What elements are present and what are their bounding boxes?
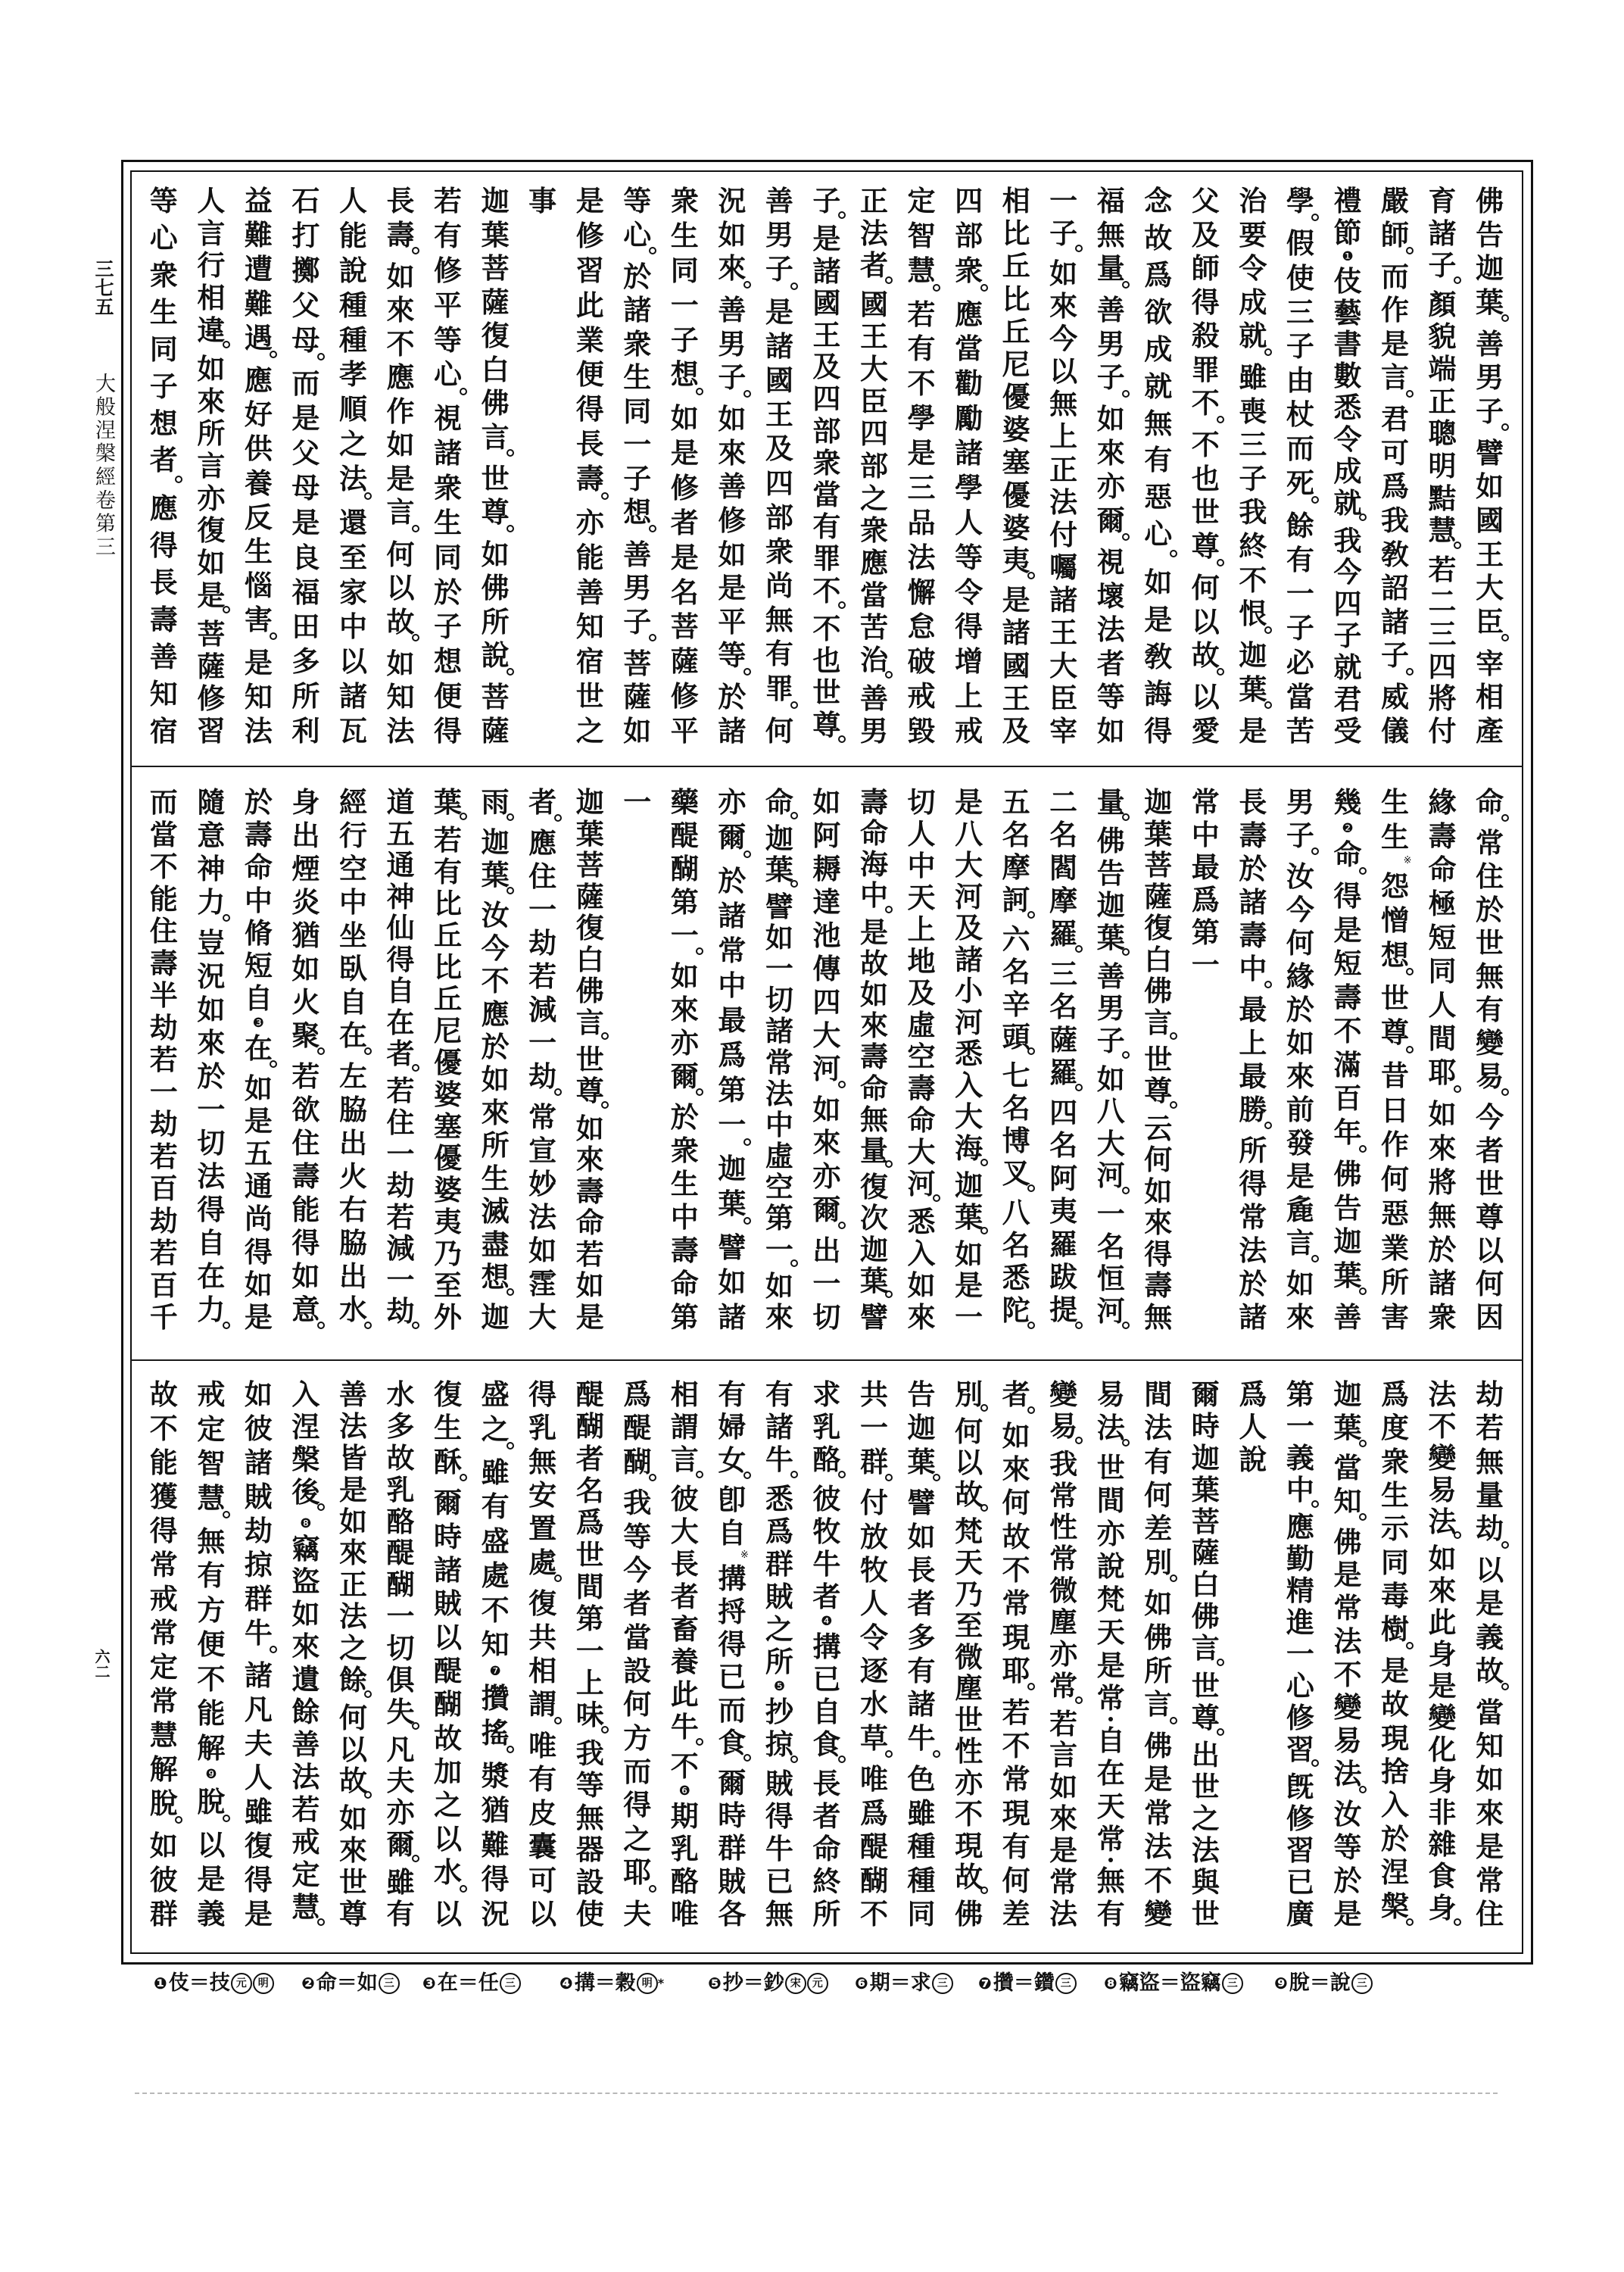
glyph: 菩 (1142, 850, 1175, 879)
glyph: 如 (905, 1522, 938, 1551)
glyph: 故 (384, 607, 417, 636)
glyph: 成 (1236, 288, 1270, 317)
glyph: 常 (1047, 1544, 1080, 1573)
glyph: 別 (952, 1380, 986, 1409)
glyph: 法 (289, 1762, 323, 1791)
glyph: 故 (857, 949, 890, 978)
glyph: 辛 (999, 990, 1033, 1019)
glyph: 定 (195, 1415, 228, 1443)
glyph: 何 (999, 1866, 1033, 1895)
glyph: 誨 (1142, 679, 1175, 708)
glyph: 所 (810, 1899, 843, 1928)
glyph: 共 (526, 1623, 560, 1652)
glyph: 現 (1378, 1724, 1411, 1752)
glyph: 摩 (999, 853, 1033, 882)
glyph: 設 (573, 1868, 606, 1896)
glyph: 四 (810, 988, 843, 1016)
glyph: 水 (857, 1690, 890, 1718)
glyph: 聚 (289, 1021, 323, 1050)
glyph: 自 (1094, 1726, 1127, 1755)
glyph: 令 (1331, 425, 1364, 454)
glyph: 性 (1047, 1512, 1080, 1541)
footnote-marker: ❽ (1104, 1971, 1117, 1996)
punctuation-mark: 。 (573, 1733, 606, 1736)
glyph: 第 (668, 888, 701, 916)
glyph: 能 (573, 543, 606, 572)
glyph: 常 (1331, 1593, 1364, 1622)
glyph: 微 (952, 1643, 986, 1671)
glyph: 知 (1473, 1731, 1507, 1760)
glyph: 短 (1426, 923, 1459, 952)
glyph: 能 (147, 885, 180, 913)
glyph: 行 (195, 251, 228, 279)
glyph: 最 (1236, 1062, 1270, 1091)
text-column: 是修習此業便得長壽。亦能善知宿世之 (566, 186, 614, 745)
edition-circle-icon: 元 (231, 1973, 252, 1994)
glyph: 多 (905, 1623, 938, 1652)
glyph: 知 (147, 679, 180, 708)
glyph: 來 (195, 1028, 228, 1057)
glyph: 無 (1473, 962, 1507, 991)
glyph: 量 (1094, 788, 1127, 816)
footnote-marker: ❼ (978, 1971, 992, 1996)
glyph: 命 (668, 1269, 701, 1298)
glyph: 仙 (384, 913, 417, 942)
glyph: 所 (762, 1647, 796, 1676)
glyph: 我 (1331, 526, 1364, 555)
glyph: 復 (242, 1831, 275, 1860)
glyph: 經 (336, 788, 369, 816)
glyph: 變 (1426, 1443, 1459, 1472)
punctuation-mark: 。 (336, 1697, 369, 1700)
glyph: 一 (810, 1269, 843, 1298)
glyph: 而 (147, 788, 180, 816)
glyph: 夷 (432, 1207, 465, 1236)
glyph: 大 (905, 1138, 938, 1166)
glyph: 得 (1331, 882, 1364, 910)
glyph: 四 (762, 469, 796, 498)
glyph: 師 (1378, 220, 1411, 249)
glyph: 知 (242, 682, 275, 711)
text-column: 壽命海中。是故如來壽命無量。復次迦葉。譬 (850, 788, 898, 1331)
glyph: 不 (999, 1556, 1033, 1584)
glyph: 葉 (432, 788, 465, 816)
glyph: 知 (1331, 1487, 1364, 1515)
glyph: 劫 (384, 1171, 417, 1200)
glyph: 得 (1189, 288, 1222, 317)
glyph: 可 (526, 1866, 560, 1895)
glyph: 付 (1047, 520, 1080, 549)
glyph: 中 (715, 971, 749, 1000)
glyph: 雖 (384, 1868, 417, 1896)
glyph: 王 (762, 400, 796, 429)
glyph: 此 (668, 1680, 701, 1709)
glyph: 戒 (289, 1827, 323, 1856)
glyph: 薩 (1047, 1025, 1080, 1054)
glyph: 於 (1236, 1269, 1270, 1298)
punctuation-mark: 。 (999, 918, 1033, 921)
glyph: 同 (1426, 957, 1459, 985)
glyph: 法 (336, 1412, 369, 1440)
glyph: 母 (289, 473, 323, 502)
glyph: 相 (195, 283, 228, 312)
text-column: 長壽。如來不應作如是言。何以故。如知法 (377, 186, 425, 745)
glyph: 雖 (905, 1799, 938, 1827)
glyph: 愛 (1189, 716, 1222, 745)
glyph: 無 (762, 1899, 796, 1928)
glyph: 葉 (1331, 1413, 1364, 1442)
text-column: 身出煙炎猶如火聚。若欲住壽能得如意。 (282, 788, 330, 1331)
glyph: 子 (432, 612, 465, 641)
glyph: 產 (1473, 716, 1507, 745)
text-column: 佛告迦葉。善男子。譬如國王大臣。宰相產 (1466, 186, 1513, 745)
glyph: 在 (1094, 1759, 1127, 1787)
glyph: 若 (905, 300, 938, 329)
glyph: 種 (336, 291, 369, 320)
glyph: 謂 (526, 1690, 560, 1718)
glyph: 能 (289, 1195, 323, 1224)
glyph: 不 (810, 576, 843, 605)
punctuation-mark: ・ (1094, 1858, 1127, 1862)
glyph: 出 (336, 1128, 369, 1157)
glyph: 量 (1473, 1481, 1507, 1509)
glyph: 君 (1378, 404, 1411, 433)
punctuation-mark: 。 (1473, 641, 1507, 644)
glyph: 男 (762, 220, 796, 249)
glyph: 不 (478, 1596, 512, 1624)
glyph: 譬 (762, 892, 796, 921)
glyph: 法 (1426, 1380, 1459, 1409)
glyph: 黠 (1426, 484, 1459, 513)
text-column: 共一群。付放牧人令逐水草。唯爲醍醐不 (850, 1380, 898, 1928)
glyph: 醍 (621, 1413, 654, 1442)
glyph: 何 (1142, 1481, 1175, 1509)
glyph: 同 (668, 256, 701, 285)
glyph: 言 (195, 219, 228, 248)
punctuation-mark: 。 (810, 1088, 843, 1091)
glyph: 薩 (478, 288, 512, 317)
glyph: 盡 (478, 1230, 512, 1259)
glyph: 池 (810, 921, 843, 950)
punctuation-mark: 。 (1473, 1690, 1507, 1693)
glyph: 次 (857, 1203, 890, 1232)
glyph: 一 (384, 1140, 417, 1169)
punctuation-mark: 。 (1283, 503, 1317, 506)
glyph: 比 (432, 953, 465, 982)
text-column: 一子。如來今以無上正法付囑諸王大臣宰 (1040, 186, 1087, 745)
edition-circle-icon: 三 (1055, 1973, 1077, 1994)
glyph: 上 (1047, 422, 1080, 451)
text-column: 事 (519, 186, 566, 745)
glyph: 至 (336, 543, 369, 572)
footnote-original: 在 (438, 1971, 458, 1996)
glyph: 來 (573, 1145, 606, 1174)
glyph: 終 (1236, 532, 1270, 560)
glyph: 不 (147, 1414, 180, 1443)
punctuation-mark: 。 (1283, 854, 1317, 857)
glyph: 生 (1378, 1481, 1411, 1509)
glyph: 尊 (573, 1076, 606, 1105)
glyph: 餘 (1283, 511, 1317, 540)
glyph: 塵 (952, 1674, 986, 1702)
glyph: 如 (952, 1240, 986, 1269)
glyph: 得 (573, 395, 606, 423)
glyph: 生 (432, 1413, 465, 1442)
glyph: 爾 (1094, 506, 1127, 535)
glyph: 視 (1094, 548, 1127, 576)
footnote-ref-mark: ❸ (242, 1016, 275, 1030)
glyph: 是 (1473, 1832, 1507, 1861)
glyph: 國 (762, 366, 796, 395)
glyph: 方 (195, 1596, 228, 1624)
glyph: 習 (1283, 1735, 1317, 1764)
glyph: 善 (1094, 962, 1127, 991)
glyph: 習 (195, 716, 228, 745)
glyph: 諸 (1426, 1269, 1459, 1297)
glyph: 者 (668, 1582, 701, 1611)
text-column: 者。如來何故不常現耶。若不常現有何差 (993, 1380, 1040, 1928)
glyph: 慧 (289, 1893, 323, 1921)
glyph: 違 (195, 316, 228, 345)
glyph: 入 (1378, 1790, 1411, 1819)
text-column: 命。常住於世無有變易。今者世尊以何因 (1466, 788, 1513, 1331)
glyph: 賊 (762, 1769, 796, 1798)
glyph: 衆 (857, 516, 890, 545)
glyph: 常 (999, 1765, 1033, 1793)
glyph: 法 (1189, 1836, 1222, 1865)
glyph: 子 (762, 254, 796, 283)
glyph: 當 (621, 1623, 654, 1652)
punctuation-mark: 。 (1142, 1039, 1175, 1042)
punctuation-mark: 。 (384, 1328, 417, 1331)
glyph: 如 (1473, 1765, 1507, 1793)
glyph: 竊 (289, 1534, 323, 1563)
glyph: 壽 (242, 820, 275, 849)
text-column: 治要令成就。雖喪三子我終不恨。迦葉。是 (1230, 186, 1277, 745)
glyph: 不 (1236, 566, 1270, 595)
glyph: 有 (905, 1656, 938, 1685)
glyph: 卽 (715, 1485, 749, 1514)
glyph: 害 (1378, 1303, 1411, 1331)
glyph: 以 (1189, 682, 1222, 711)
glyph: 所 (195, 419, 228, 448)
glyph: 易 (1426, 1475, 1459, 1504)
glyph: 遭 (242, 254, 275, 283)
glyph: 常 (1142, 1799, 1175, 1827)
punctuation-mark: 。 (1189, 1735, 1222, 1738)
glyph: 劫 (526, 928, 560, 957)
glyph: 短 (242, 951, 275, 980)
glyph: 因 (1473, 1303, 1507, 1331)
glyph: 國 (857, 290, 890, 319)
glyph: 勸 (952, 369, 986, 398)
text-column: 一 (613, 788, 661, 1331)
glyph: 言 (1189, 1634, 1222, 1662)
glyph: 來 (336, 1538, 369, 1567)
glyph: 無 (857, 1105, 890, 1134)
glyph: 地 (905, 947, 938, 975)
glyph: 諸 (762, 1412, 796, 1441)
glyph: 得 (147, 1516, 180, 1545)
glyph: 迦 (478, 1303, 512, 1331)
glyph: 丘 (999, 251, 1033, 280)
glyph: 名 (999, 820, 1033, 849)
glyph: 隨 (195, 788, 228, 816)
glyph: 如 (573, 1271, 606, 1300)
glyph: 尊 (336, 1899, 369, 1928)
glyph: 者 (526, 788, 560, 816)
glyph: 五 (999, 788, 1033, 816)
glyph: 衆 (810, 448, 843, 477)
glyph: 天 (1094, 1618, 1127, 1646)
glyph: 常 (999, 1589, 1033, 1618)
glyph: 令 (952, 578, 986, 607)
glyph: 平 (715, 607, 749, 636)
glyph: 應 (242, 366, 275, 395)
glyph: 於 (1426, 1235, 1459, 1264)
glyph: 付 (857, 1488, 890, 1517)
glyph: 有 (905, 334, 938, 363)
register-divider (130, 1359, 1523, 1361)
glyph: 中 (1236, 954, 1270, 983)
punctuation-mark: 。 (715, 288, 749, 291)
glyph: 汝 (1283, 862, 1317, 891)
glyph: 亦 (952, 1768, 986, 1797)
glyph: 以 (384, 573, 417, 602)
punctuation-mark: 。 (1047, 1328, 1080, 1331)
punctuation-mark: 。 (478, 532, 512, 535)
glyph: 醍 (573, 1380, 606, 1409)
glyph: 來 (715, 254, 749, 282)
glyph: 心 (621, 220, 654, 249)
glyph: 減 (384, 1234, 417, 1262)
glyph: 逐 (857, 1656, 890, 1685)
glyph: 嚴 (1378, 186, 1411, 215)
glyph: 打 (289, 221, 323, 250)
glyph: 世 (810, 678, 843, 707)
glyph: 上 (1236, 1028, 1270, 1057)
glyph: 子 (1283, 613, 1317, 642)
glyph: 名 (999, 1094, 1033, 1122)
glyph: 譬 (857, 1303, 890, 1331)
glyph: 視 (432, 404, 465, 432)
glyph: 來 (857, 1011, 890, 1040)
glyph: 與 (1189, 1868, 1222, 1896)
glyph: 有 (762, 1380, 796, 1409)
glyph: 是 (573, 1303, 606, 1331)
glyph: 能 (195, 1699, 228, 1727)
glyph: 虛 (762, 1141, 796, 1170)
glyph: 壽 (905, 1074, 938, 1103)
glyph: 優 (999, 481, 1033, 510)
glyph: 大 (810, 1021, 843, 1050)
glyph: 法 (905, 543, 938, 572)
punctuation-mark: 。 (999, 1054, 1033, 1057)
glyph: 塞 (999, 448, 1033, 476)
glyph: 是 (384, 464, 417, 493)
glyph: 供 (242, 434, 275, 463)
glyph: 彼 (668, 1484, 701, 1513)
punctuation-mark: 。 (478, 820, 512, 823)
text-column: 如阿耨達池傳四大河。如來亦爾。出一切 (803, 788, 851, 1331)
glyph: 學 (905, 404, 938, 432)
text-column: 福無量。善男子。如來亦爾。視壞法者等如 (1087, 186, 1135, 745)
glyph: 當 (952, 334, 986, 363)
glyph: 不 (668, 1752, 701, 1780)
glyph: 何 (1473, 1269, 1507, 1298)
glyph: 如 (1473, 472, 1507, 501)
punctuation-mark: 。 (1426, 1925, 1459, 1928)
glyph: 迦 (952, 1171, 986, 1200)
text-column: 葉。若有比丘比丘尼優婆塞優婆夷乃至外 (424, 788, 472, 1331)
glyph: 敎 (1142, 642, 1175, 671)
punctuation-mark: 。 (1094, 1058, 1127, 1061)
punctuation-mark: 。 (1094, 397, 1127, 400)
glyph: 是 (715, 573, 749, 602)
glyph: 養 (242, 469, 275, 498)
glyph: 得 (762, 1802, 796, 1830)
glyph: 無 (195, 1527, 228, 1556)
glyph: 至 (432, 1271, 465, 1300)
glyph: 長 (668, 1550, 701, 1578)
glyph: 切 (905, 788, 938, 816)
glyph: 由 (1283, 366, 1317, 395)
glyph: 威 (1378, 682, 1411, 711)
glyph: 使 (573, 1899, 606, 1928)
text-column: 石打擲父母。而是父母是良福田多所利 (282, 186, 330, 745)
glyph: 不 (1189, 389, 1222, 417)
text-column: 男子。汝今何緣於如來前發是麁言。如來 (1276, 788, 1324, 1331)
glyph: 壽 (1236, 821, 1270, 850)
glyph: 酪 (810, 1445, 843, 1474)
glyph: 中 (762, 1110, 796, 1139)
glyph: 得 (1142, 716, 1175, 745)
glyph: 衆 (668, 186, 701, 215)
glyph: 博 (999, 1126, 1033, 1155)
glyph: 若 (573, 1240, 606, 1269)
glyph: 就 (1142, 372, 1175, 401)
glyph: 劫 (147, 1013, 180, 1042)
footnote-ref-mark: ❻ (668, 1784, 701, 1798)
footnote-marker: ❺ (708, 1971, 722, 1996)
punctuation-mark: 。 (999, 1690, 1033, 1693)
glyph: 復 (432, 1380, 465, 1409)
punctuation-mark: 。 (573, 1108, 606, 1111)
punctuation-mark: 。 (762, 1478, 796, 1481)
glyph: 同 (905, 1899, 938, 1928)
glyph: 乳 (384, 1475, 417, 1504)
glyph: 迦 (1331, 1227, 1364, 1256)
glyph: 身 (1426, 1640, 1459, 1668)
glyph: 法 (1426, 1507, 1459, 1536)
glyph: 部 (952, 221, 986, 250)
glyph: 畜 (668, 1615, 701, 1643)
glyph: 知 (384, 682, 417, 711)
glyph: 等 (1331, 1833, 1364, 1862)
glyph: 第 (668, 1303, 701, 1331)
glyph: 等 (621, 1522, 654, 1551)
glyph: 之 (573, 716, 606, 745)
glyph: 如 (1047, 1772, 1080, 1801)
glyph: 善 (857, 684, 890, 713)
glyph: 夫 (384, 1766, 417, 1795)
edition-circle-icon: 宋 (785, 1973, 806, 1994)
glyph: 父 (1189, 186, 1222, 215)
glyph: 是 (289, 404, 323, 432)
glyph: 一 (384, 1602, 417, 1631)
glyph: 通 (384, 850, 417, 879)
glyph: 同 (432, 543, 465, 572)
